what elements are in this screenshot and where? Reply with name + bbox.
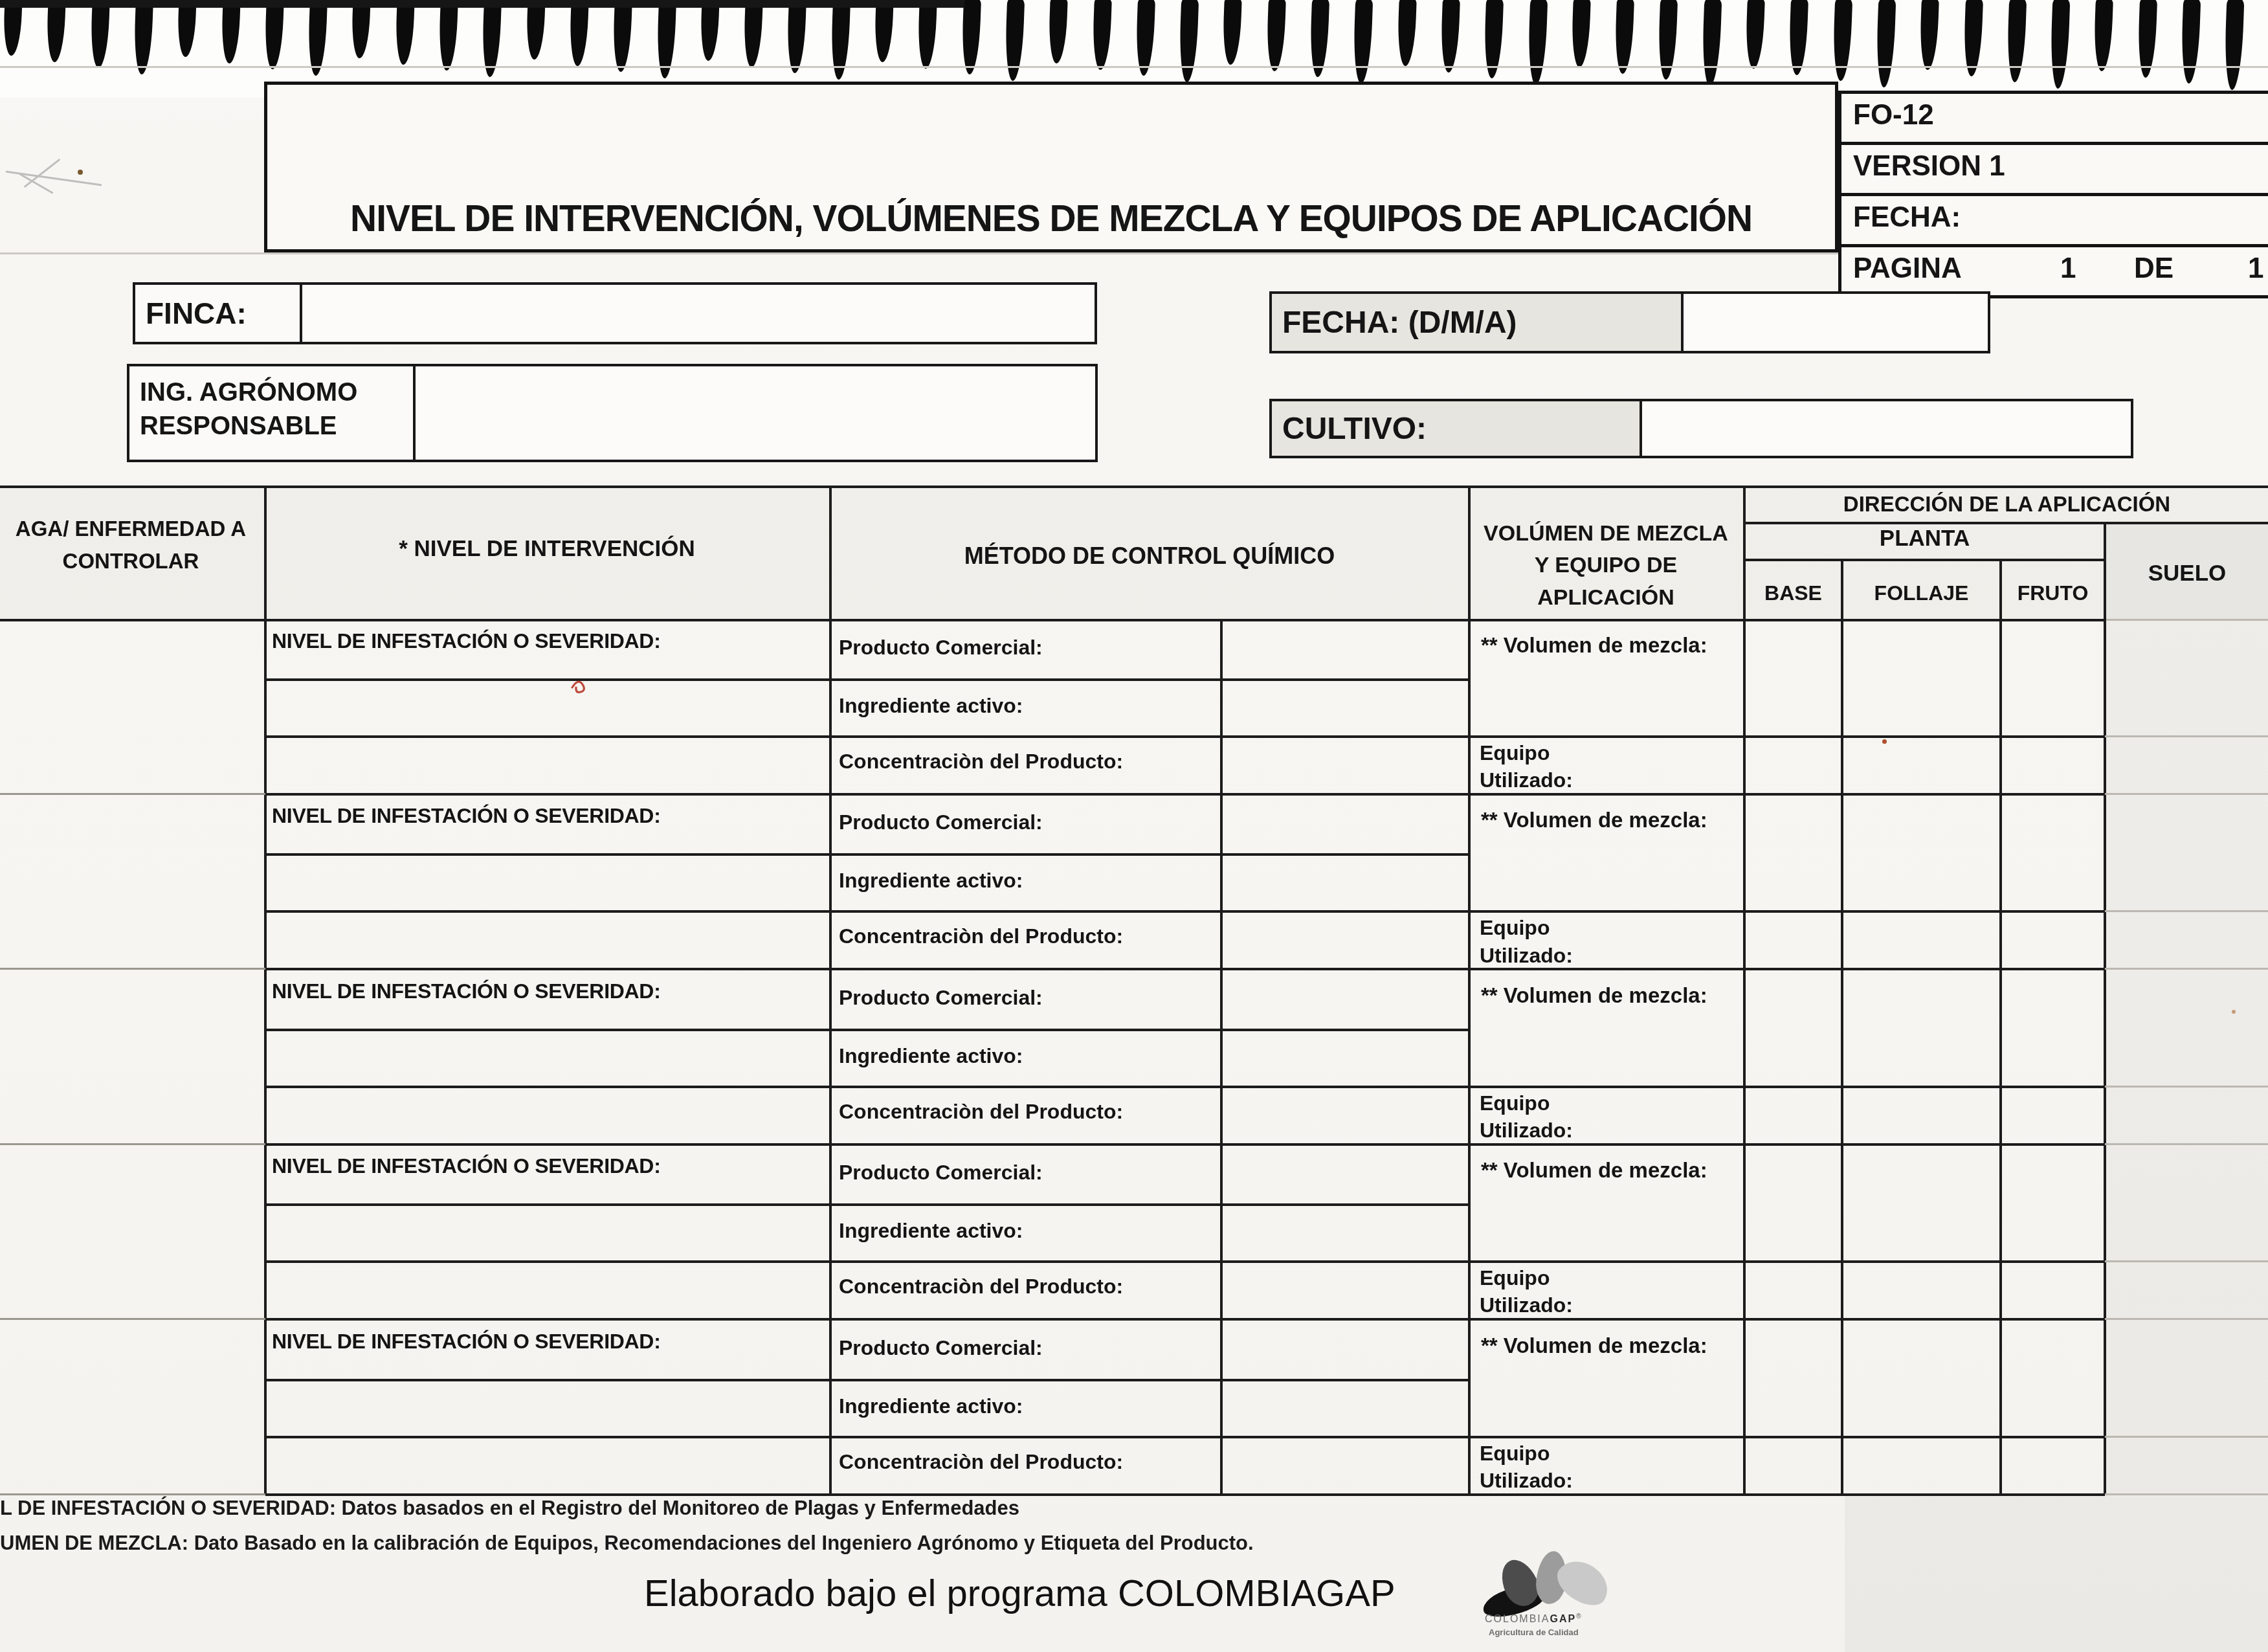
table-row-group: NIVEL DE INFESTACIÓN O SEVERIDAD: Produc… <box>0 1145 2268 1321</box>
spiral-coil <box>2093 0 2113 71</box>
scan-top-edge <box>0 0 964 8</box>
footnote-volumen: UMEN DE MEZCLA: Dato Basado en la calibr… <box>0 1532 1254 1555</box>
grid-line <box>265 678 1468 681</box>
header-volumen-line2: Y EQUIPO DE <box>1471 550 1741 581</box>
spiral-coil <box>1701 0 1722 86</box>
header-nivel-intervencion: * NIVEL DE INTERVENCIÓN <box>267 536 827 562</box>
grid-line <box>2105 1436 2268 1438</box>
spiral-coil <box>1048 0 1068 63</box>
grid-line <box>265 853 1468 856</box>
header-volumen-mezcla: VOLÚMEN DE MEZCLA Y EQUIPO DE APLICACIÓN <box>1471 518 1741 614</box>
spiral-coil <box>3 0 22 56</box>
grid-line <box>265 1436 2105 1438</box>
form-meta-box: FO-12 VERSION 1 FECHA: PAGINA 1 DE 1 <box>1838 91 2268 298</box>
fecha-label: FECHA: (D/M/A) <box>1272 294 1684 351</box>
grid-line <box>1744 559 2105 561</box>
row-label-nivel-infestacion: NIVEL DE INFESTACIÓN O SEVERIDAD: <box>272 1330 661 1354</box>
header-plaga-line1: AGA/ ENFERMEDAD A <box>0 513 261 545</box>
row-label-equipo-utilizado: Equipo Utilizado: <box>1480 914 1573 968</box>
spiral-coil <box>177 0 197 57</box>
finca-value-box <box>302 285 1095 342</box>
paper-speck <box>78 170 83 175</box>
spiral-coil <box>917 0 937 69</box>
row-label-nivel-infestacion: NIVEL DE INFESTACIÓN O SEVERIDAD: <box>272 804 661 828</box>
scan-shadow <box>1845 1494 2268 1652</box>
spiral-coil <box>2006 0 2027 82</box>
finca-label: FINCA: <box>135 285 302 342</box>
spiral-coil <box>526 0 545 60</box>
spiral-coil <box>2224 0 2245 90</box>
grid-line <box>2105 735 2268 737</box>
equipo-line1: Equipo <box>1480 1264 1573 1291</box>
header-metodo-control: MÉTODO DE CONTROL QUÍMICO <box>832 542 1467 570</box>
grid-line <box>2105 1086 2268 1088</box>
form-code: FO-12 <box>1841 94 2268 145</box>
spiral-coil <box>1266 0 1286 71</box>
table-row-group: NIVEL DE INFESTACIÓN O SEVERIDAD: Produc… <box>0 970 2268 1146</box>
spiral-coil <box>221 0 241 63</box>
grid-line <box>265 1379 1468 1381</box>
spiral-coil <box>1440 0 1460 73</box>
row-label-nivel-infestacion: NIVEL DE INFESTACIÓN O SEVERIDAD: <box>272 1154 661 1178</box>
cultivo-field: CULTIVO: <box>1269 399 2133 458</box>
equipo-line2: Utilizado: <box>1480 942 1573 969</box>
grid-line <box>0 1493 265 1495</box>
red-speck <box>1882 739 1887 744</box>
header-fruto: FRUTO <box>2002 581 2104 605</box>
spiral-coil <box>307 0 328 76</box>
row-label-ingrediente-activo: Ingrediente activo: <box>839 694 1023 718</box>
spiral-coil <box>1875 0 1896 87</box>
fecha-value-box <box>1684 294 1988 351</box>
equipo-line2: Utilizado: <box>1480 766 1573 794</box>
row-label-ingrediente-activo: Ingrediente activo: <box>839 869 1023 893</box>
spiral-coil <box>743 0 763 67</box>
header-plaga-line2: CONTROLAR <box>0 545 261 577</box>
grid-line <box>2105 910 2268 912</box>
equipo-line2: Utilizado: <box>1480 1467 1573 1494</box>
pagina-label: PAGINA <box>1853 252 1962 285</box>
ing-agronomo-value-box <box>416 366 1095 460</box>
row-label-producto-comercial: Producto Comercial: <box>839 986 1043 1010</box>
table-top-line <box>0 486 2268 488</box>
header-base: BASE <box>1746 581 1841 605</box>
spiral-coil <box>264 0 284 69</box>
spiral-coil <box>1527 0 1548 85</box>
row-label-concentracion: Concentraciòn del Producto: <box>839 750 1123 774</box>
row-label-volumen-mezcla: ** Volumen de mezcla: <box>1481 1158 1707 1183</box>
header-direccion-aplicacion: DIRECCIÓN DE LA APLICACIÓN <box>1746 492 2268 517</box>
table-row-group: NIVEL DE INFESTACIÓN O SEVERIDAD: Produc… <box>0 1321 2268 1496</box>
spiral-coil <box>1397 0 1417 66</box>
header-follaje: FOLLAJE <box>1843 581 1999 605</box>
spiral-coil <box>1223 0 1243 65</box>
spiral-coil <box>1135 0 1155 76</box>
row-label-equipo-utilizado: Equipo Utilizado: <box>1480 1089 1573 1144</box>
spiral-coil <box>438 0 458 71</box>
grid-line <box>265 1029 1468 1031</box>
ing-agronomo-field: ING. AGRÓNOMO RESPONSABLE <box>127 364 1098 462</box>
grid-line <box>265 1493 2105 1496</box>
row-label-nivel-infestacion: NIVEL DE INFESTACIÓN O SEVERIDAD: <box>272 629 661 653</box>
grid-line <box>265 1203 1468 1206</box>
row-label-producto-comercial: Producto Comercial: <box>839 810 1043 834</box>
spiral-coil <box>1962 0 1983 76</box>
row-label-equipo-utilizado: Equipo Utilizado: <box>1480 1440 1573 1494</box>
red-pen-mark <box>570 675 601 698</box>
spiral-coil <box>1005 0 1025 81</box>
ing-agronomo-label: ING. AGRÓNOMO RESPONSABLE <box>129 366 416 460</box>
equipo-line1: Equipo <box>1480 739 1573 766</box>
row-label-concentracion: Concentraciòn del Producto: <box>839 1100 1123 1124</box>
spiral-coil <box>2050 0 2071 89</box>
row-label-volumen-mezcla: ** Volumen de mezcla: <box>1481 808 1707 832</box>
fecha-field: FECHA: (D/M/A) <box>1269 291 1990 353</box>
spiral-coil <box>395 0 415 65</box>
spiral-coil <box>133 0 153 74</box>
spiral-coil <box>1919 0 1939 70</box>
form-fecha-label: FECHA: <box>1841 196 2268 247</box>
row-label-volumen-mezcla: ** Volumen de mezcla: <box>1481 983 1707 1008</box>
equipo-line1: Equipo <box>1480 1440 1573 1467</box>
spiral-coil <box>1788 0 1808 75</box>
finca-field: FINCA: <box>133 282 1097 344</box>
cultivo-value-box <box>1642 401 2131 456</box>
header-planta: PLANTA <box>1746 526 2104 552</box>
spiral-coil <box>1179 0 1199 82</box>
row-label-concentracion: Concentraciòn del Producto: <box>839 1450 1123 1474</box>
red-speck <box>2232 1010 2236 1014</box>
spiral-coil <box>90 0 110 68</box>
pagina-number: 1 <box>2060 252 2076 285</box>
equipo-line1: Equipo <box>1480 914 1573 941</box>
total-pages: 1 <box>2248 252 2263 285</box>
logo-word-light: COLOMBIA <box>1485 1614 1550 1625</box>
grid-line <box>265 1260 2105 1263</box>
ing-agronomo-line1: ING. AGRÓNOMO <box>140 375 413 409</box>
equipo-line1: Equipo <box>1480 1089 1573 1117</box>
grid-line <box>265 1086 2105 1088</box>
spiral-coil <box>351 0 371 58</box>
row-label-producto-comercial: Producto Comercial: <box>839 1336 1043 1360</box>
row-label-producto-comercial: Producto Comercial: <box>839 636 1043 660</box>
scanned-form-page: NIVEL DE INTERVENCIÓN, VOLÚMENES DE MEZC… <box>0 0 2268 1652</box>
equipo-line2: Utilizado: <box>1480 1291 1573 1319</box>
logo-word-bold: GAP <box>1550 1614 1576 1625</box>
spiral-coil <box>612 0 632 72</box>
row-label-ingrediente-activo: Ingrediente activo: <box>839 1044 1023 1068</box>
form-title: NIVEL DE INTERVENCIÓN, VOLÚMENES DE MEZC… <box>350 197 1752 240</box>
row-label-concentracion: Concentraciòn del Producto: <box>839 924 1123 948</box>
table-row-group: NIVEL DE INFESTACIÓN O SEVERIDAD: Produc… <box>0 620 2268 796</box>
row-label-volumen-mezcla: ** Volumen de mezcla: <box>1481 633 1707 658</box>
pencil-scribble <box>5 161 109 199</box>
grid-line <box>1744 522 2268 524</box>
spiral-coil <box>786 0 806 73</box>
row-label-nivel-infestacion: NIVEL DE INFESTACIÓN O SEVERIDAD: <box>272 979 661 1003</box>
spiral-coil <box>569 0 589 66</box>
spiral-coil <box>47 0 67 62</box>
spiral-coil <box>1832 0 1852 81</box>
header-suelo: SUELO <box>2106 561 2268 586</box>
row-label-concentracion: Concentraciòn del Producto: <box>839 1275 1123 1299</box>
grid-line <box>2105 1260 2268 1262</box>
ing-agronomo-line2: RESPONSABLE <box>140 409 413 443</box>
de-label: DE <box>2134 252 2173 285</box>
spiral-coil <box>2181 0 2201 84</box>
row-label-equipo-utilizado: Equipo Utilizado: <box>1480 1264 1573 1319</box>
spiral-coil <box>1571 0 1591 67</box>
page-edge-line <box>0 66 2268 68</box>
spiral-coil <box>1092 0 1112 70</box>
spiral-coil <box>874 0 894 62</box>
logo-registered-icon: ® <box>1576 1613 1582 1620</box>
row-label-volumen-mezcla: ** Volumen de mezcla: <box>1481 1334 1707 1358</box>
grid-line <box>2105 1493 2268 1495</box>
form-version: VERSION 1 <box>1841 145 2268 196</box>
form-title-box: NIVEL DE INTERVENCIÓN, VOLÚMENES DE MEZC… <box>264 82 1838 252</box>
spiral-coil <box>961 0 981 74</box>
grid-line <box>265 735 2105 738</box>
elaborado-text: Elaborado bajo el programa COLOMBIAGAP <box>644 1572 1395 1615</box>
spiral-coil <box>1353 0 1373 84</box>
header-volumen-line3: APLICACIÓN <box>1471 582 1741 614</box>
row-label-equipo-utilizado: Equipo Utilizado: <box>1480 739 1573 794</box>
spiral-coil <box>700 0 719 61</box>
header-plaga-enfermedad: AGA/ ENFERMEDAD A CONTROLAR <box>0 513 261 577</box>
row-label-ingrediente-activo: Ingrediente activo: <box>839 1219 1023 1243</box>
cultivo-label: CULTIVO: <box>1272 401 1642 456</box>
colombiagap-logo: COLOMBIAGAP® Agricultura de Calidad <box>1481 1551 1630 1652</box>
equipo-line2: Utilizado: <box>1480 1117 1573 1144</box>
logo-wordmark: COLOMBIAGAP® <box>1485 1613 1583 1625</box>
spiral-coil <box>1614 0 1634 74</box>
spiral-coil <box>1745 0 1765 69</box>
row-label-ingrediente-activo: Ingrediente activo: <box>839 1394 1023 1418</box>
grid-line <box>265 910 2105 913</box>
row-label-producto-comercial: Producto Comercial: <box>839 1161 1043 1185</box>
header-volumen-line1: VOLÚMEN DE MEZCLA <box>1471 518 1741 550</box>
logo-tagline: Agricultura de Calidad <box>1489 1627 1579 1637</box>
footnote-infestacion: L DE INFESTACIÓN O SEVERIDAD: Datos basa… <box>0 1497 1019 1520</box>
table-row-group: NIVEL DE INFESTACIÓN O SEVERIDAD: Produc… <box>0 795 2268 970</box>
